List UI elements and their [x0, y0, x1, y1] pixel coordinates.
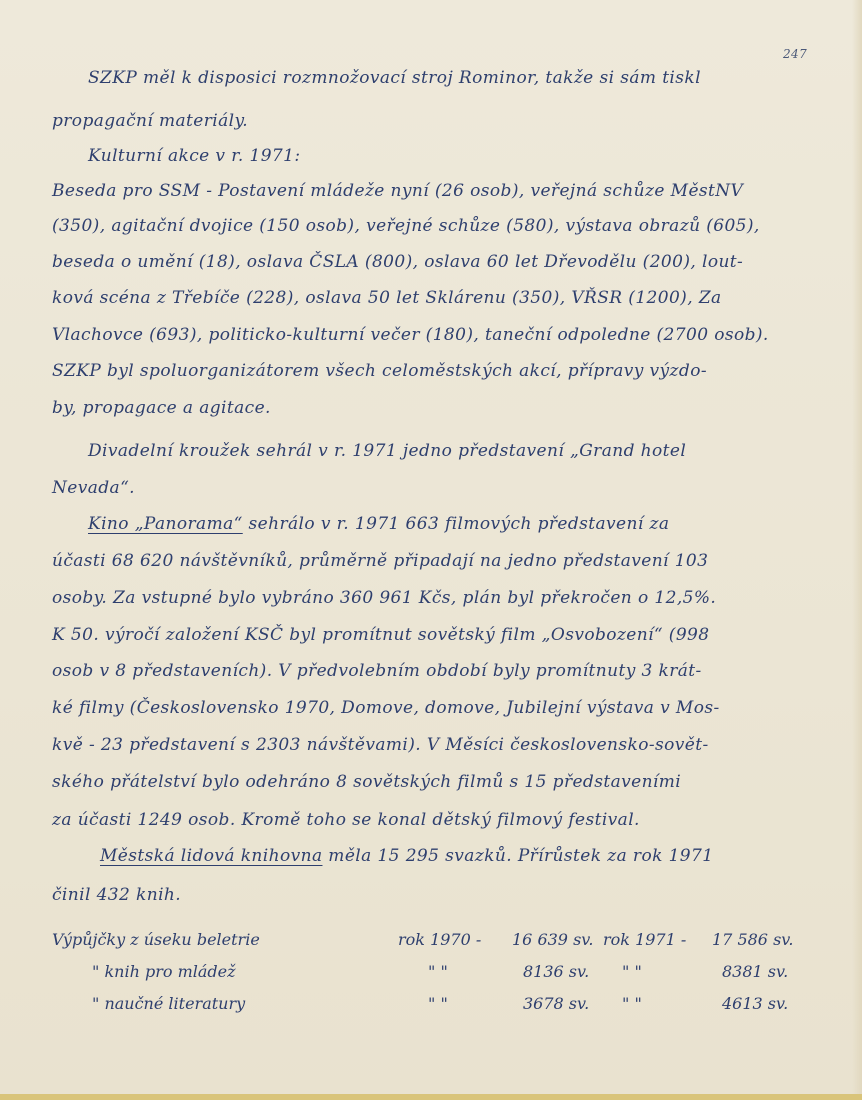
loans-1970-label: " ": [428, 962, 448, 981]
loans-1970-label: " ": [428, 994, 448, 1013]
text-line: (350), agitační dvojice (150 osob), veře…: [52, 218, 760, 235]
text-line: Nevada“.: [52, 480, 135, 497]
text-line: by, propagace a agitace.: [52, 400, 271, 417]
text-line: SZKP měl k disposici rozmnožovací stroj …: [88, 70, 701, 87]
text-line: beseda o umění (18), oslava ČSLA (800), …: [52, 254, 743, 271]
section-heading-cultural-events: Kulturní akce v r. 1971:: [88, 148, 301, 165]
page-bottom-edge: [0, 1094, 862, 1100]
page-edge-shadow: [852, 0, 862, 1100]
paragraph-library: Městská lidová knihovna měla 15 295 svaz…: [100, 848, 713, 865]
loans-row-label: " knih pro mládež: [92, 962, 236, 981]
loans-row-label: " naučné literatury: [92, 994, 245, 1013]
text-line: činil 432 knih.: [52, 887, 181, 904]
text-line: osoby. Za vstupné bylo vybráno 360 961 K…: [52, 590, 716, 607]
text-line: měla 15 295 svazků. Přírůstek za rok 197…: [328, 846, 713, 866]
manuscript-page: 247 SZKP měl k disposici rozmnožovací st…: [0, 0, 862, 1100]
loans-1971-label: " ": [622, 962, 642, 981]
loans-1970-value: 3678 sv.: [523, 994, 589, 1013]
loans-1971-label: rok 1971 -: [603, 930, 686, 949]
loans-1971-value: 4613 sv.: [722, 994, 788, 1013]
text-line: K 50. výročí založení KSČ byl promítnut …: [52, 627, 709, 644]
text-line: sehrálo v r. 1971 663 filmových představ…: [249, 514, 670, 534]
text-line: propagační materiály.: [52, 113, 248, 130]
loans-1971-value: 8381 sv.: [722, 962, 788, 981]
text-line: SZKP byl spoluorganizátorem všech celomě…: [52, 363, 707, 380]
text-line: osob v 8 představeních). V předvolebním …: [52, 663, 702, 680]
underlined-library-name: Městská lidová knihovna: [100, 846, 322, 866]
text-line: za účasti 1249 osob. Kromě toho se konal…: [52, 812, 640, 829]
text-line: Vlachovce (693), politicko-kulturní veče…: [52, 327, 769, 344]
underlined-cinema-name: Kino „Panorama“: [88, 514, 243, 534]
loans-1970-value: 16 639 sv.: [512, 930, 594, 949]
page-number: 247: [783, 48, 807, 60]
loans-1971-label: " ": [622, 994, 642, 1013]
text-line: ského přátelství bylo odehráno 8 sovětsk…: [52, 774, 681, 791]
text-line: účasti 68 620 návštěvníků, průměrně přip…: [52, 553, 708, 570]
loans-row-label: Výpůjčky z úseku beletrie: [52, 930, 260, 949]
text-line: Beseda pro SSM - Postavení mládeže nyní …: [52, 183, 743, 200]
text-line: Divadelní kroužek sehrál v r. 1971 jedno…: [88, 443, 686, 460]
text-line: ková scéna z Třebíče (228), oslava 50 le…: [52, 290, 722, 307]
text-line: kvě - 23 představení s 2303 návštěvami).…: [52, 737, 709, 754]
loans-1971-value: 17 586 sv.: [712, 930, 794, 949]
loans-1970-value: 8136 sv.: [523, 962, 589, 981]
paragraph-cinema: Kino „Panorama“ sehrálo v r. 1971 663 fi…: [88, 516, 669, 533]
loans-1970-label: rok 1970 -: [398, 930, 481, 949]
text-line: ké filmy (Československo 1970, Domove, d…: [52, 700, 720, 717]
